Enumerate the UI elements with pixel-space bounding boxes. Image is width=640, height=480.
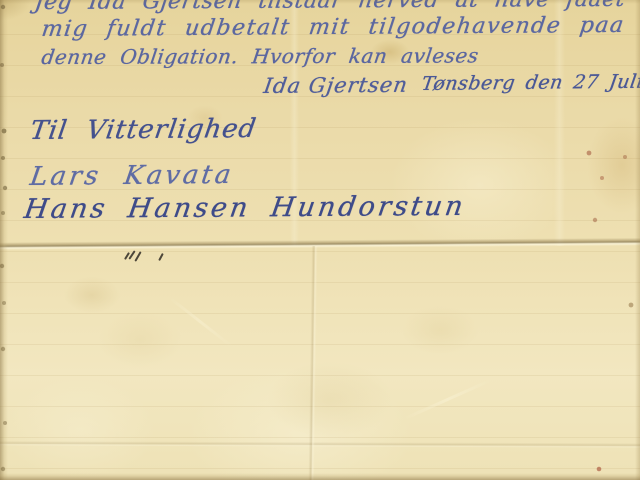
pen-tick-marks <box>124 249 169 265</box>
scanned-document: Jeg Ida Gjertsen tilstaar herved at have… <box>0 0 640 480</box>
fold-crease-horizontal-lower <box>0 441 640 448</box>
witness-signature-2: Hans Hansen Hundorstun <box>22 191 468 225</box>
pen-stroke <box>134 251 141 262</box>
handwritten-line-3: denne Obligation. Hvorfor kan avleses <box>40 43 480 69</box>
place-and-date: Tønsberg den 27 Juli 1906 <box>420 70 640 95</box>
paper-wrinkle <box>168 296 233 348</box>
handwritten-line-2: mig fuldt udbetalt mit tilgodehavende pa… <box>40 13 626 42</box>
paper-wrinkle <box>403 379 491 420</box>
paper-edge-top <box>0 0 640 4</box>
fold-crease-horizontal <box>0 238 640 251</box>
paper-edge-right <box>635 0 640 480</box>
paper-edge-bottom <box>0 473 640 480</box>
witness-signature-1: Lars Kavata <box>28 160 236 192</box>
pen-stroke <box>158 253 164 261</box>
signature-ida-gjertsen: Ida Gjertsen <box>262 73 410 98</box>
witness-heading: Til Vitterlighed <box>28 114 258 146</box>
paper-torn-edge-left <box>0 0 8 480</box>
